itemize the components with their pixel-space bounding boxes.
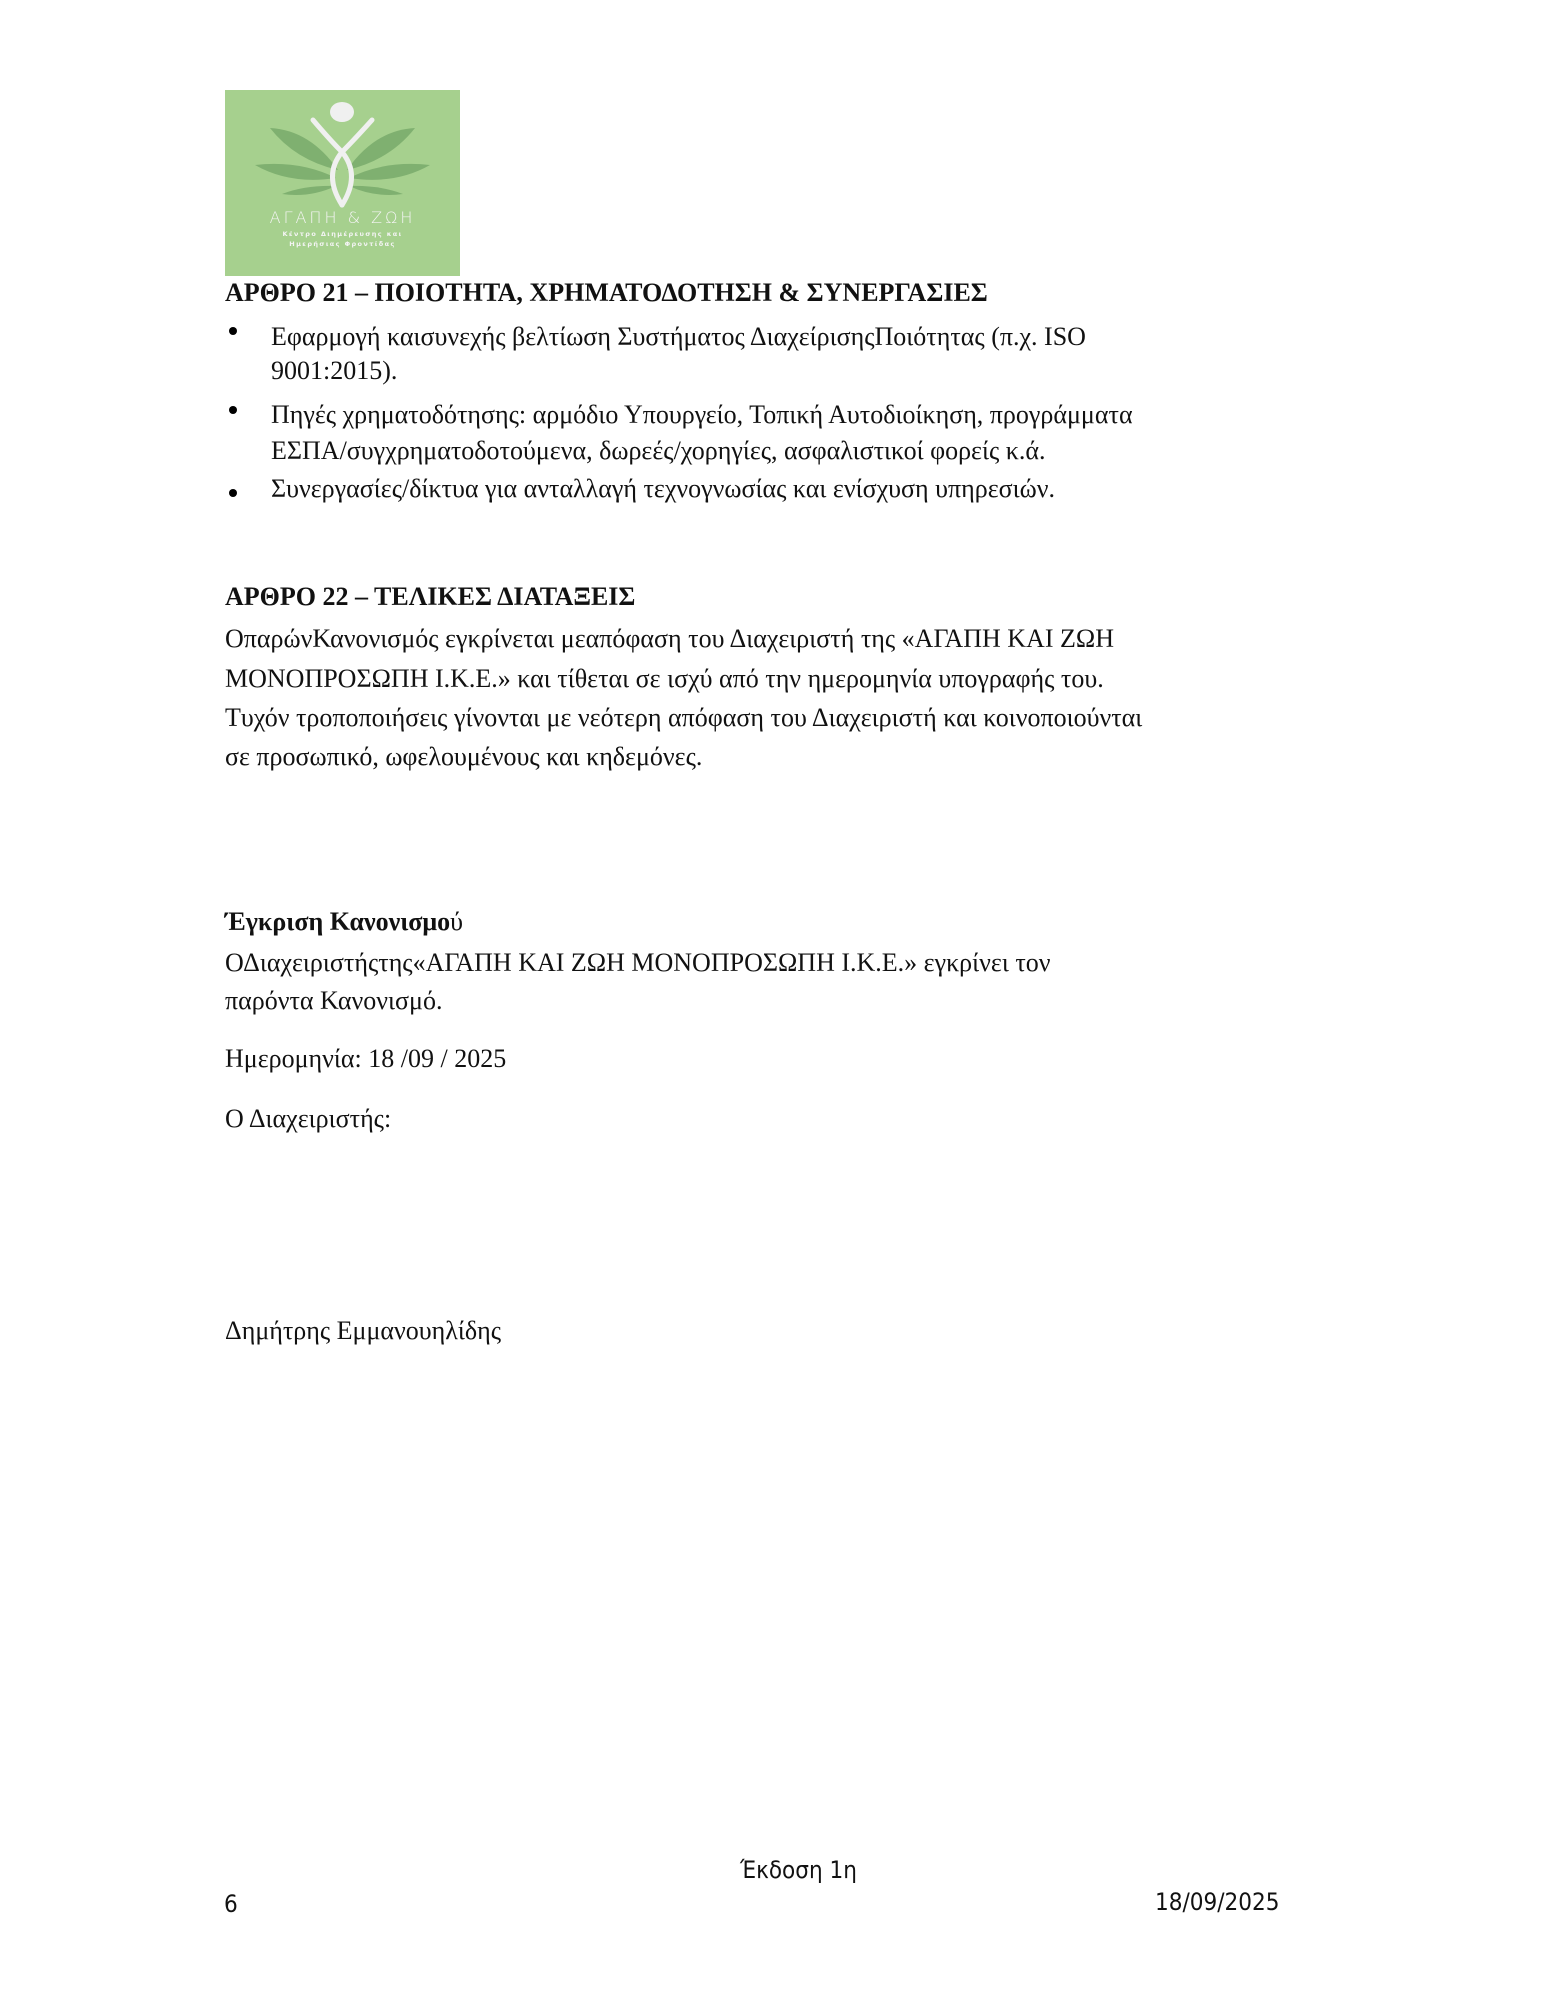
manager-label: Ο Διαχειριστής:: [225, 1104, 391, 1134]
footer-date: 18/09/2025: [1155, 1888, 1279, 1916]
document-page: ΑΓΑΠΗ & ΖΩΗ Κέντρο Διημέρευσης και Ημερή…: [0, 0, 1545, 2000]
bullet-text: Συνεργασίες/δίκτυα για ανταλλαγή τεχνογν…: [271, 474, 1055, 504]
logo-subtitle: Ημερήσιας Φροντίδας: [225, 240, 460, 248]
article-22-heading: ΑΡΘΡΟ 22 – ΤΕΛΙΚΕΣ ΔΙΑΤΑΞΕΙΣ: [225, 582, 635, 612]
logo-subtitle: Κέντρο Διημέρευσης και: [225, 230, 460, 238]
article-21-heading: ΑΡΘΡΟ 21 – ΠΟΙΟΤΗΤΑ, ΧΡΗΜΑΤΟΔΟΤΗΣΗ & ΣΥΝ…: [225, 278, 988, 308]
bullet-text: Πηγές χρηματοδότησης: αρμόδιο Υπουργείο,…: [271, 400, 1133, 430]
bullet-icon: [229, 489, 237, 497]
paragraph-line: ΜΟΝΟΠΡΟΣΩΠΗ Ι.Κ.Ε.» και τίθεται σε ισχύ …: [225, 664, 1104, 694]
approval-heading-tail: ύ: [450, 907, 463, 936]
approval-heading: Έγκριση Κανονισμού: [225, 907, 463, 937]
signatory-name: Δημήτρης Εμμανουηλίδης: [225, 1316, 501, 1346]
logo: ΑΓΑΠΗ & ΖΩΗ Κέντρο Διημέρευσης και Ημερή…: [225, 90, 460, 276]
bullet-icon: [229, 327, 237, 335]
bullet-text: ΕΣΠΑ/συγχρηματοδοτούμενα, δωρεές/χορηγίε…: [271, 436, 1045, 466]
logo-title: ΑΓΑΠΗ & ΖΩΗ: [225, 208, 460, 227]
paragraph-line: Τυχόν τροποποιήσεις γίνονται με νεότερη …: [225, 703, 1142, 733]
paragraph-line: ΟπαρώνΚανονισμός εγκρίνεται μεαπόφαση το…: [225, 624, 1114, 654]
approval-heading-bold: Έγκριση Κανονισμο: [225, 907, 450, 936]
leaf-figure-icon: [225, 90, 460, 210]
footer-page-number: 6: [224, 1890, 238, 1918]
paragraph-line: σε προσωπικό, ωφελουμένους και κηδεμόνες…: [225, 742, 702, 772]
footer-version: Έκδοση 1η: [740, 1856, 857, 1884]
bullet-icon: [229, 406, 237, 414]
approval-date: Ημερομηνία: 18 /09 / 2025: [225, 1044, 506, 1074]
bullet-text: Εφαρμογή καισυνεχής βελτίωση Συστήματος …: [271, 322, 1086, 352]
bullet-text: 9001:2015).: [271, 356, 397, 386]
approval-line: παρόντα Κανονισμό.: [225, 986, 442, 1016]
approval-line: ΟΔιαχειριστήςτης«ΑΓΑΠΗ ΚΑΙ ΖΩΗ ΜΟΝΟΠΡΟΣΩ…: [225, 948, 1051, 978]
